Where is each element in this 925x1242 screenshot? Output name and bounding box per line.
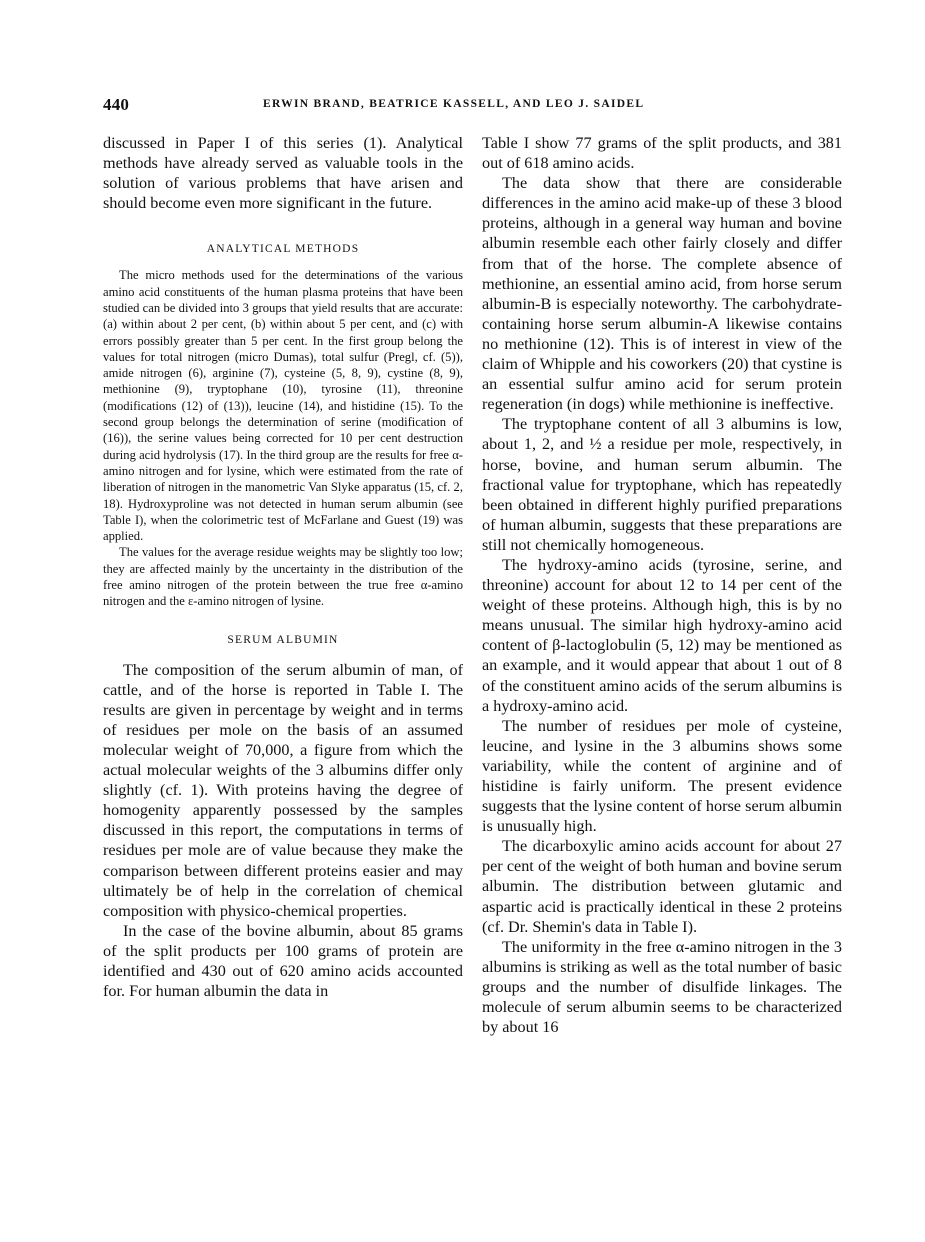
body-paragraph: The hydroxy-amino acids (tyrosine, serin… bbox=[482, 555, 842, 716]
section-heading-analytical-methods: ANALYTICAL METHODS bbox=[103, 243, 463, 255]
analytical-methods-paragraph-1: The micro methods used for the determina… bbox=[103, 267, 463, 544]
running-header: 440 ERWIN BRAND, BEATRICE KASSELL, AND L… bbox=[103, 95, 843, 117]
intro-paragraph: discussed in Paper I of this series (1).… bbox=[103, 133, 463, 213]
body-paragraph-continuation: Table I show 77 grams of the split produ… bbox=[482, 133, 842, 173]
body-paragraph: The number of residues per mole of cyste… bbox=[482, 716, 842, 837]
right-column: Table I show 77 grams of the split produ… bbox=[482, 133, 842, 1037]
body-paragraph: The tryptophane content of all 3 albumin… bbox=[482, 414, 842, 555]
analytical-methods-paragraph-2: The values for the average residue weigh… bbox=[103, 544, 463, 609]
running-header-authors: ERWIN BRAND, BEATRICE KASSELL, AND LEO J… bbox=[263, 98, 644, 110]
body-paragraph: The dicarboxylic amino acids account for… bbox=[482, 836, 842, 936]
body-paragraph: The uniformity in the free α-amino nitro… bbox=[482, 937, 842, 1037]
serum-albumin-paragraph-1: The composition of the serum albumin of … bbox=[103, 660, 463, 921]
page-number: 440 bbox=[103, 95, 129, 115]
serum-albumin-paragraph-2: In the case of the bovine albumin, about… bbox=[103, 921, 463, 1001]
left-column: discussed in Paper I of this series (1).… bbox=[103, 133, 463, 1001]
section-heading-serum-albumin: SERUM ALBUMIN bbox=[103, 634, 463, 646]
body-paragraph: The data show that there are considerabl… bbox=[482, 173, 842, 414]
